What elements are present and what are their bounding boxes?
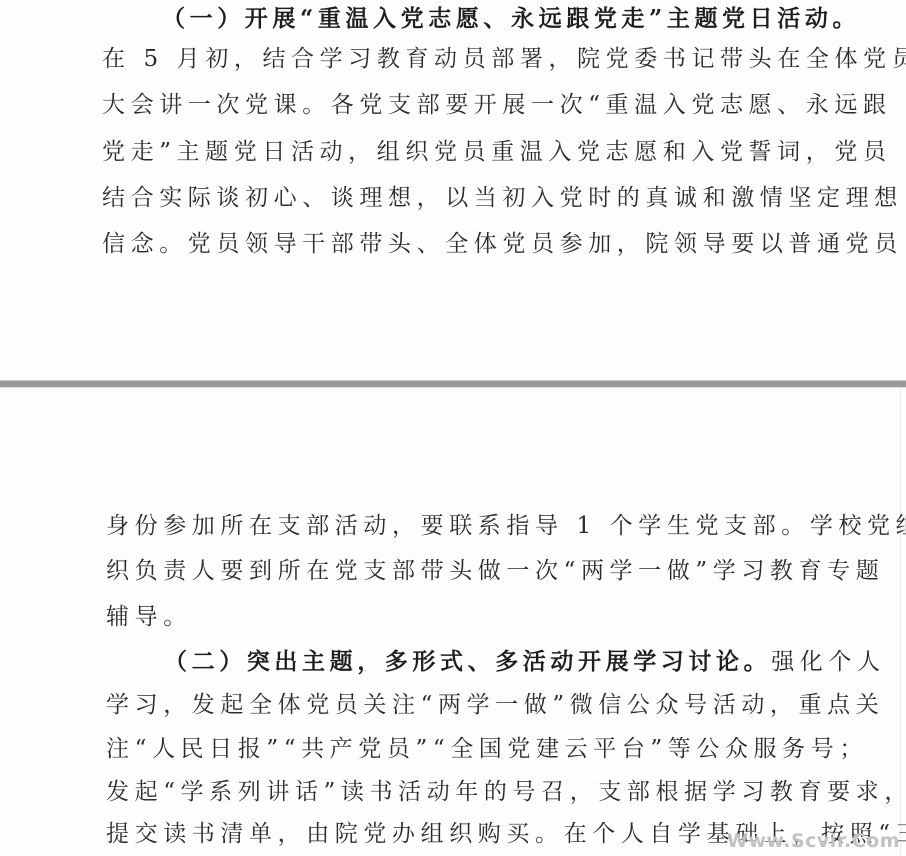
section-heading-2: （二）突出主题，多形式、多活动开展学习讨论。 <box>164 648 771 675</box>
paragraph-line: 大会讲一次党课。各党支部要开展一次“重温入党志愿、永远跟 <box>102 90 892 120</box>
watermark: Www.Scvir.Com <box>727 830 900 852</box>
paragraph-line: 织负责人要到所在党支部带头做一次“两学一做”学习教育专题 <box>106 556 884 586</box>
paragraph-line: 注“人民日报”“共产党员”“全国党建云平台”等公众服务号； <box>106 734 868 764</box>
section-heading-1: （一）开展“重温入党志愿、永远跟党走”主题党日活动。 <box>162 4 860 34</box>
paragraph-line: 身份参加所在支部活动，要联系指导 1 个学生党支部。学校党组 <box>106 511 906 541</box>
paragraph-line: 学习，发起全体党员关注“两学一做”微信公众号活动，重点关 <box>106 690 884 720</box>
paragraph-line: 党走”主题党日活动，组织党员重温入党志愿和入党誓词，党员 <box>102 137 892 167</box>
paragraph-line: 信念。党员领导干部带头、全体党员参加，院领导要以普通党员 <box>102 229 903 259</box>
paragraph-line: 在 5 月初，结合学习教育动员部署，院党委书记带头在全体党员 <box>102 44 906 74</box>
paragraph-line: 辅导。 <box>106 602 192 632</box>
paragraph-line: 结合实际谈初心、谈理想，以当初入党时的真诚和激情坚定理想 <box>102 183 903 213</box>
page-separator <box>0 380 906 388</box>
document-page-bottom: 身份参加所在支部活动，要联系指导 1 个学生党支部。学校党组 织负责人要到所在党… <box>0 388 906 856</box>
document-page-top: （一）开展“重温入党志愿、永远跟党走”主题党日活动。 在 5 月初，结合学习教育… <box>0 0 906 380</box>
paragraph-text: 强化个人 <box>771 649 885 675</box>
section-heading-2-line: （二）突出主题，多形式、多活动开展学习讨论。强化个人 <box>164 647 886 677</box>
paragraph-line: 发起“学系列讲话”读书活动年的号召，支部根据学习教育要求， <box>106 777 906 807</box>
